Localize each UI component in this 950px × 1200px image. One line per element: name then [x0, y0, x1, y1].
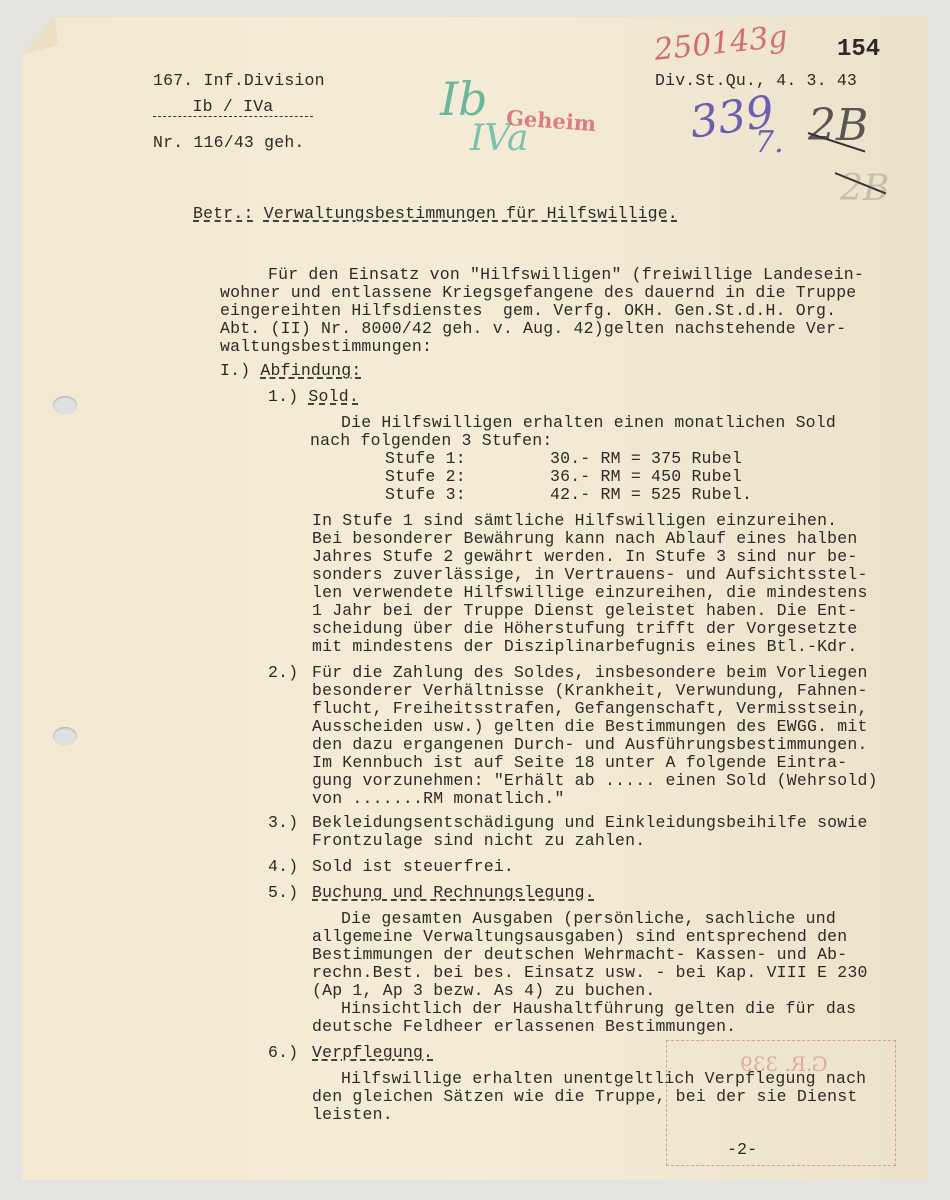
- item-3-line-1: Bekleidungsentschädigung und Einkleidung…: [312, 814, 868, 832]
- section-code: Ib / IVa: [153, 98, 313, 117]
- item-2-line-6: Im Kennbuch ist auf Seite 18 unter A fol…: [312, 754, 847, 772]
- item-1-para2-line-8: mit mindestens der Disziplinarbefugnis e…: [312, 638, 858, 656]
- item-6-line-1: Hilfswillige erhalten unentgeltlich Verp…: [341, 1070, 866, 1088]
- item-6-title: Verpflegung.: [312, 1044, 433, 1062]
- rm-amount: 42.- RM: [550, 485, 621, 504]
- section-heading: I.) Abfindung:: [220, 362, 361, 380]
- item-number: 1.): [268, 387, 298, 406]
- next-page-marker: -2-: [727, 1141, 757, 1159]
- item-5-line-5: (Ap 1, Ap 3 bezw. As 4) zu buchen.: [312, 982, 655, 1000]
- item-5-line-6: Hinsichtlich der Haushaltführung gelten …: [341, 1000, 856, 1018]
- pay-grade: Stufe 2:: [385, 467, 466, 486]
- item-1-para2-line-2: Bei besonderer Bewährung kann nach Ablau…: [312, 530, 858, 548]
- punch-hole-bottom: [53, 727, 77, 745]
- pencil-annotation-faint: 2B: [840, 168, 889, 209]
- item-1-para2-line-7: scheidung über die Höherstufung trifft d…: [312, 620, 858, 638]
- intro-line-3: eingereihten Hilfsdienstes gem. Verfg. O…: [220, 302, 836, 320]
- rm-amount: 36.- RM: [550, 467, 621, 486]
- pay-grade-row-1: Stufe 1:: [385, 450, 466, 468]
- item-5-line-2: allgemeine Verwaltungsausgaben) sind ent…: [312, 928, 847, 946]
- equals: =: [631, 467, 641, 486]
- subject-label: Betr.:: [193, 204, 254, 223]
- intro-line-1: Für den Einsatz von "Hilfswilligen" (fre…: [268, 266, 864, 284]
- item-1-para2-line-3: Jahres Stufe 2 gewährt werden. In Stufe …: [312, 548, 858, 566]
- item-5-line-4: rechn.Best. bei bes. Einsatz usw. - bei …: [312, 964, 868, 982]
- rm-amount: 30.- RM: [550, 449, 621, 468]
- item-2-line-3: flucht, Freiheitsstrafen, Gefangenschaft…: [312, 700, 868, 718]
- pay-grade-row-3: Stufe 3:: [385, 486, 466, 504]
- item-1-para2-line-1: In Stufe 1 sind sämtliche Hilfswilligen …: [312, 512, 837, 530]
- item-4-line-1: Sold ist steuerfrei.: [312, 858, 514, 876]
- reference-number: Nr. 116/43 geh.: [153, 134, 305, 152]
- item-2-line-7: gung vorzunehmen: "Erhält ab ..... einen…: [312, 772, 878, 790]
- item-2-number: 2.): [268, 664, 298, 682]
- equals: =: [631, 485, 641, 504]
- unit-name: 167. Inf.Division: [153, 72, 325, 90]
- rubel-amount: 525 Rubel.: [651, 485, 752, 504]
- item-1-heading: 1.) Sold.: [268, 388, 359, 406]
- intro-line-4: Abt. (II) Nr. 8000/42 geh. v. Aug. 42)ge…: [220, 320, 846, 338]
- item-5-number: 5.): [268, 884, 298, 902]
- item-title: Sold.: [308, 387, 359, 406]
- item-2-line-8: von .......RM monatlich.": [312, 790, 565, 808]
- item-3-line-2: Frontzulage sind nicht zu zahlen.: [312, 832, 645, 850]
- item-5-line-7: deutsche Feldheer erlassenen Bestimmunge…: [312, 1018, 736, 1036]
- pay-grade: Stufe 1:: [385, 449, 466, 468]
- intro-line-2: wohner und entlassene Kriegsgefangene de…: [220, 284, 856, 302]
- section-title: Abfindung:: [260, 361, 361, 380]
- punch-hole-top: [53, 396, 77, 414]
- item-5-line-3: Bestimmungen der deutschen Wehrmacht- Ka…: [312, 946, 847, 964]
- item-1-para2-line-4: sonders zuverlässige, in Vertrauens- und…: [312, 566, 868, 584]
- item-3-number: 3.): [268, 814, 298, 832]
- item-2-line-5: den dazu ergangenen Durch- und Ausführun…: [312, 736, 868, 754]
- item-6-line-2: den gleichen Sätzen wie die Truppe, bei …: [312, 1088, 858, 1106]
- item-4-number: 4.): [268, 858, 298, 876]
- subject-line: Betr.: Verwaltungsbestimmungen für Hilfs…: [193, 205, 678, 223]
- item-2-line-1: Für die Zahlung des Soldes, insbesondere…: [312, 664, 868, 682]
- item-5-title: Buchung und Rechnungslegung.: [312, 884, 595, 902]
- folio-number: 154: [837, 36, 880, 63]
- pay-grade-row-2: Stufe 2:: [385, 468, 466, 486]
- pay-grade: Stufe 3:: [385, 485, 466, 504]
- pay-grade-row-1-value: 30.- RM = 375 Rubel: [550, 450, 742, 468]
- subject-title: Verwaltungsbestimmungen für Hilfswillige…: [264, 204, 678, 223]
- item-2-line-2: besonderer Verhältnisse (Krankheit, Verw…: [312, 682, 868, 700]
- item-1-para2-line-6: 1 Jahr bei der Truppe Dienst geleistet h…: [312, 602, 858, 620]
- rubel-amount: 450 Rubel: [651, 467, 742, 486]
- pay-grade-row-3-value: 42.- RM = 525 Rubel.: [550, 486, 752, 504]
- pay-grade-row-2-value: 36.- RM = 450 Rubel: [550, 468, 742, 486]
- intro-line-5: waltungsbestimmungen:: [220, 338, 432, 356]
- item-1-para1-line-2: nach folgenden 3 Stufen:: [310, 432, 552, 450]
- item-2-line-4: Ausscheiden usw.) gelten die Bestimmunge…: [312, 718, 868, 736]
- blue-annotation-7: 7.: [755, 125, 784, 160]
- item-1-para1-line-1: Die Hilfswilligen erhalten einen monatli…: [341, 414, 836, 432]
- section-number: I.): [220, 361, 250, 380]
- rubel-amount: 375 Rubel: [651, 449, 742, 468]
- item-1-para2-line-5: len verwendete Hilfswillige einzureihen,…: [312, 584, 868, 602]
- item-6-line-3: leisten.: [312, 1106, 393, 1124]
- item-6-number: 6.): [268, 1044, 298, 1062]
- item-5-line-1: Die gesamten Ausgaben (persönliche, sach…: [341, 910, 836, 928]
- equals: =: [631, 449, 641, 468]
